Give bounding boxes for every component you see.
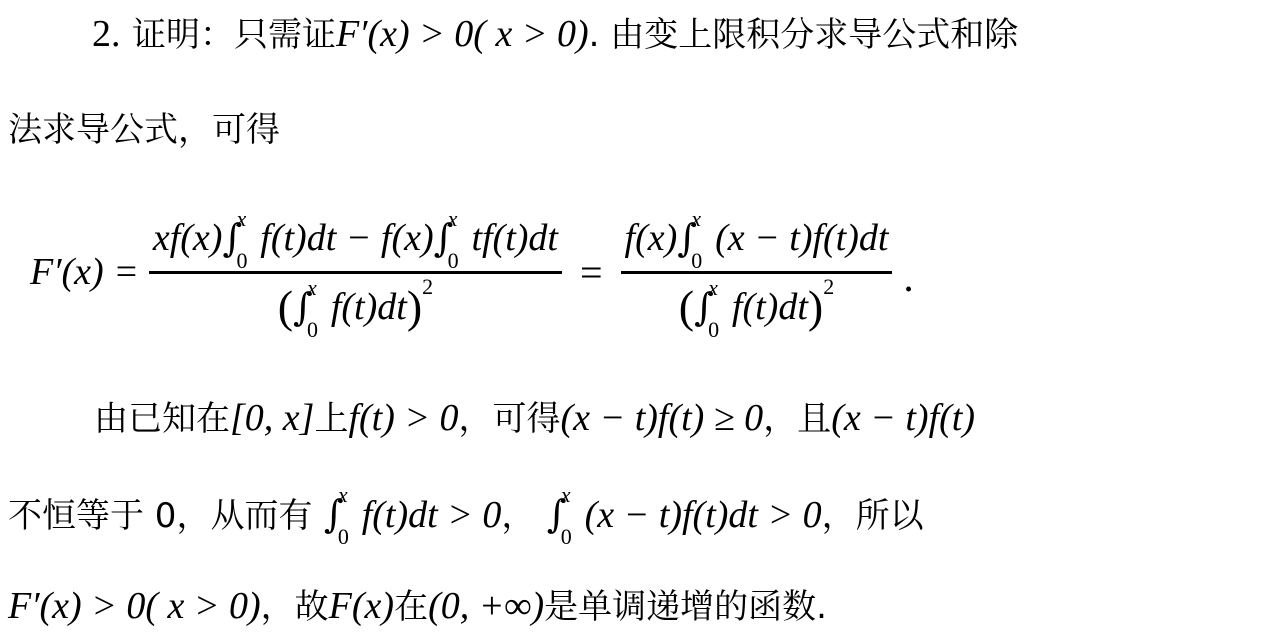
text-segment: 不恒等于 0，从而有 [8,496,312,536]
den2-body: f(t)dt [732,285,808,329]
problem-number: 2. [92,13,121,55]
interval: (0, +∞) [428,585,544,627]
text-segment: 由已知在 [94,399,230,439]
proof-line-integrals: 不恒等于 0，从而有 ∫x0f(t)dt > 0， ∫x0(x − t)f(t)… [8,492,924,538]
inequality: f(t)dt > 0 [362,494,502,536]
fraction-2: f(x) ∫x0 (x − t)f(t)dt ( ∫x0 f(t)dt )2 [621,205,893,340]
integral-symbol: ∫x0 [434,216,472,260]
function: F(x) [329,585,394,627]
proof-intro-line: 2. 证明：只需证F′(x) > 0( x > 0). 由变上限积分求导公式和除 [92,12,1018,57]
equation-lhs: F′(x) = [30,250,139,294]
text-segment: ，且 [763,399,831,439]
proof-line-2: 法求导公式，可得 [8,108,280,152]
expression: (x − t)f(t) [831,397,975,439]
proof-intro-suffix: . 由变上限积分求导公式和除 [589,15,1019,55]
equation-period: . [902,256,914,300]
derivative-condition: F′(x) > 0( x > 0) [336,13,589,55]
text-segment: 是单调递增的函数. [544,587,827,627]
fraction-1: xf(x) ∫x0 f(t)dt − f(x) ∫x0 tf(t)dt ( ∫x… [149,205,562,340]
proof-intro-text: 证明：只需证 [132,15,336,55]
text-segment: 在 [394,587,428,627]
num1-int1-body: f(t)dt − f(x) [260,216,433,260]
inequality: F′(x) > 0( x > 0) [8,585,261,627]
inequality: (x − t)f(t) ≥ 0 [561,397,764,439]
interval: [0, x] [230,397,314,439]
num1-term: xf(x) [153,216,223,260]
fraction-1-denominator: ( ∫x0 f(t)dt )2 [274,274,437,340]
equals-sign: = [580,249,603,296]
text-segment: ， [501,496,535,536]
fraction-1-numerator: xf(x) ∫x0 f(t)dt − f(x) ∫x0 tf(t)dt [149,205,562,271]
integral-symbol: ∫x0 [547,492,585,536]
num2-term: f(x) [625,216,678,260]
integral-symbol: ∫x0 [324,492,362,536]
integral-symbol: ∫x0 [694,285,732,329]
den1-body: f(t)dt [331,285,407,329]
integral-symbol: ∫x0 [677,216,715,260]
text-segment: ，故 [261,587,329,627]
proof-line-known: 由已知在[0, x]上f(t) > 0，可得(x − t)f(t) ≥ 0，且(… [94,396,975,441]
proof-conclusion: F′(x) > 0( x > 0)，故F(x)在(0, +∞)是单调递增的函数. [8,584,827,629]
fraction-2-numerator: f(x) ∫x0 (x − t)f(t)dt [621,205,893,271]
text-segment: 上 [314,399,348,439]
num2-int-body: (x − t)f(t)dt [715,216,888,260]
inequality: (x − t)f(t)dt > 0 [585,494,822,536]
derivative-equation: F′(x) = xf(x) ∫x0 f(t)dt − f(x) ∫x0 tf(t… [30,192,915,352]
text-segment: ，所以 [822,496,924,536]
num1-int2-body: tf(t)dt [471,216,558,260]
proof-line-2-text: 法求导公式，可得 [8,110,280,150]
text-segment: ，可得 [459,399,561,439]
fraction-2-denominator: ( ∫x0 f(t)dt )2 [675,274,838,340]
inequality: f(t) > 0 [348,397,458,439]
integral-symbol: ∫x0 [293,285,331,329]
integral-symbol: ∫x0 [222,216,260,260]
